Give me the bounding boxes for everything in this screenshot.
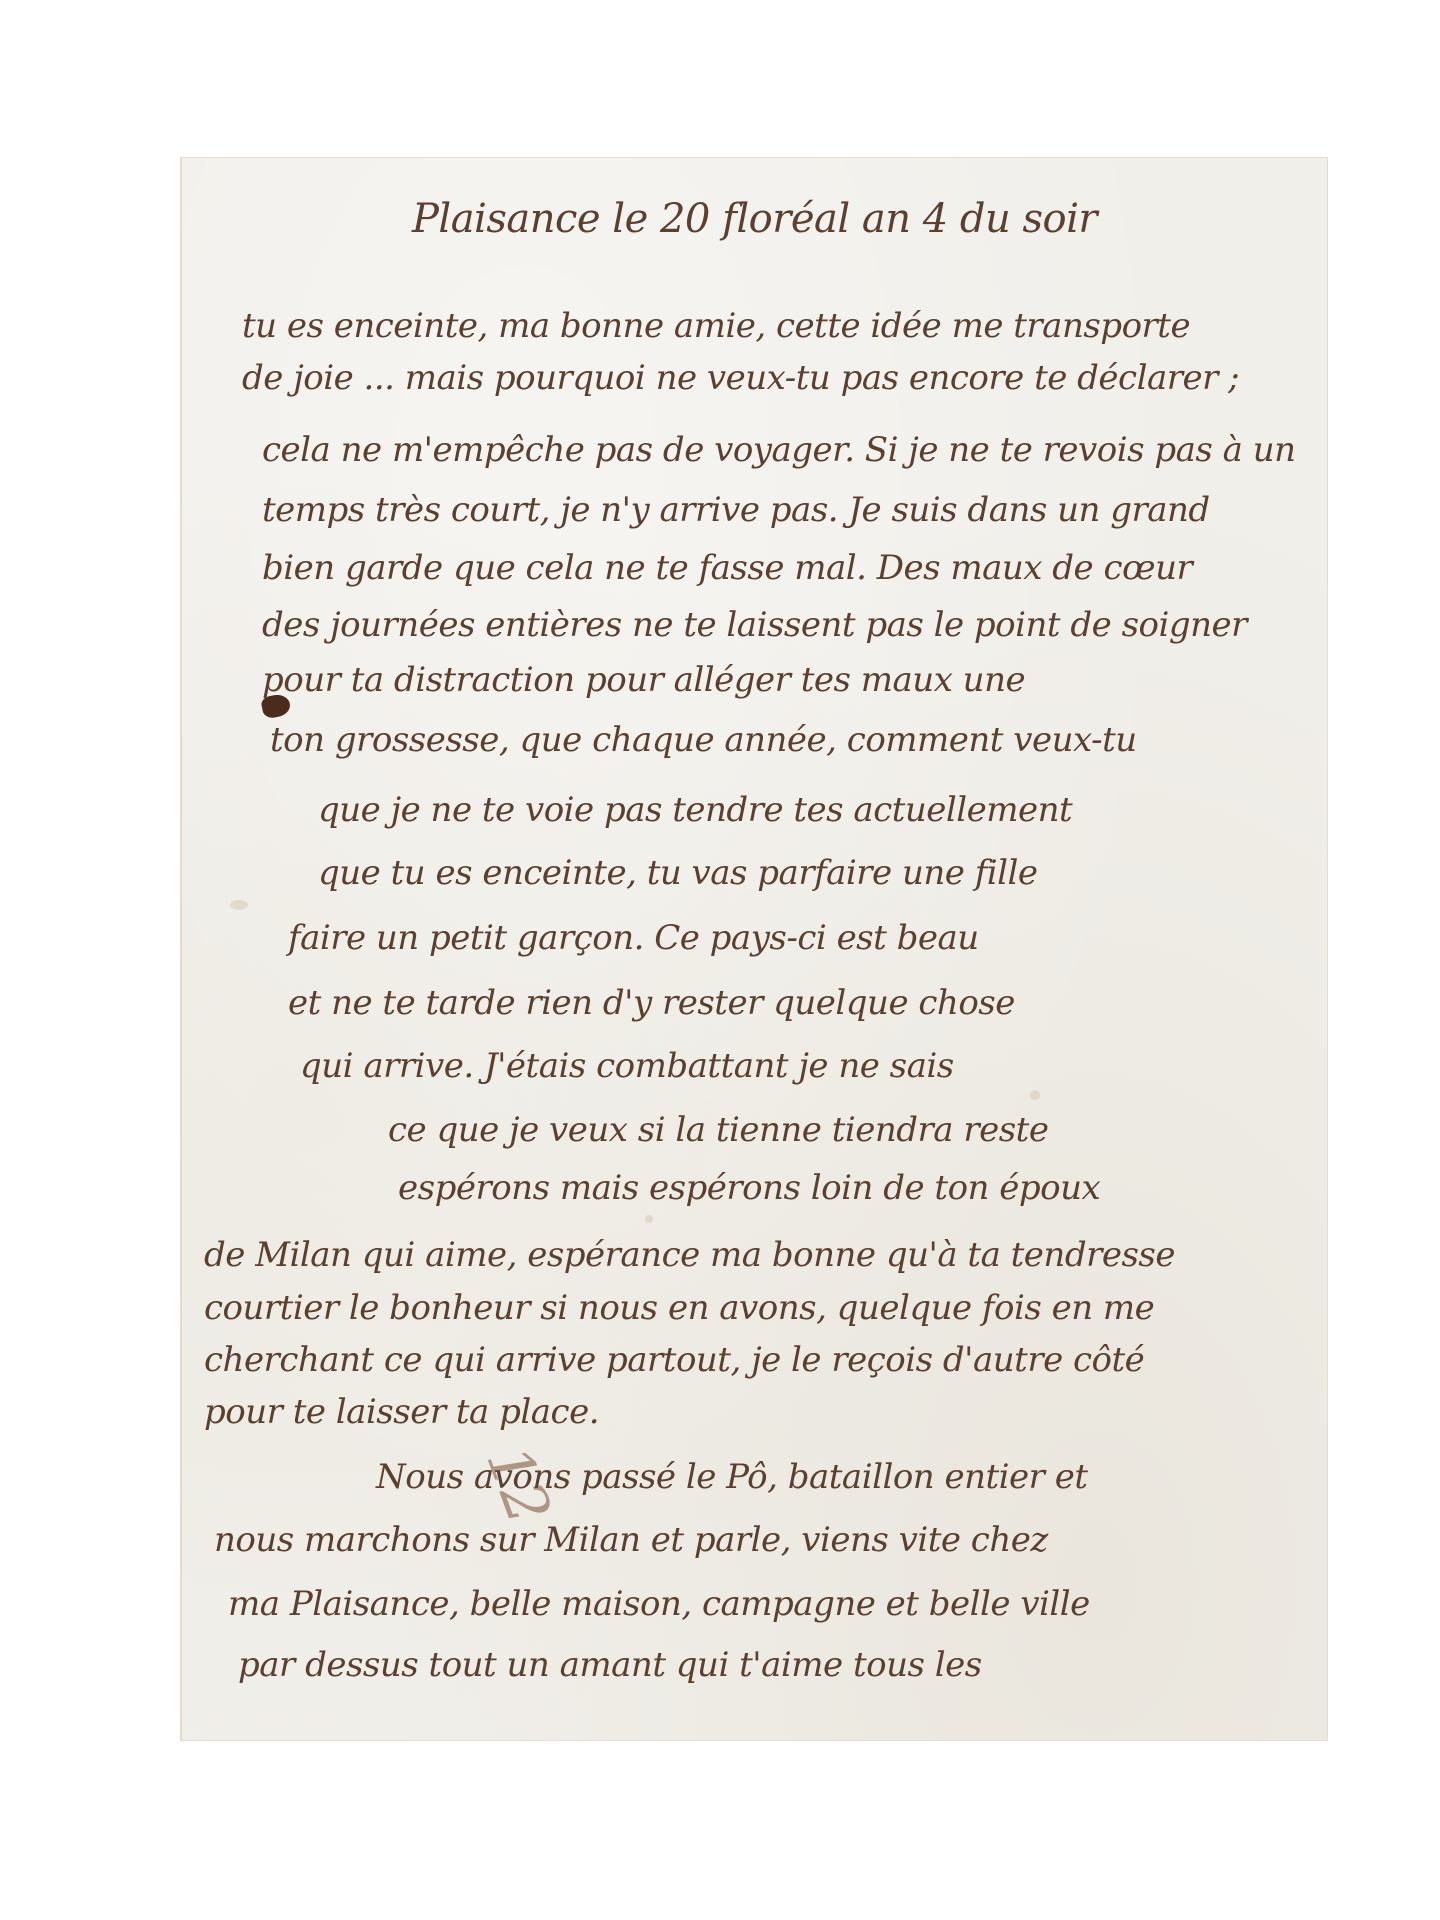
image-stage: 12 Plaisance le 20 floréal an 4 du soir … [0,0,1440,1920]
letter-line: que tu es enceinte, tu vas parfaire une … [318,853,1038,893]
letter-dateline: Plaisance le 20 floréal an 4 du soir [412,196,1097,242]
paper-stain [645,1215,653,1223]
letter-line: ce que je veux si la tienne tiendra rest… [388,1110,1048,1150]
letter-line: temps très court, je n'y arrive pas. Je … [262,490,1210,530]
letter-line: Nous avons passé le Pô, bataillon entier… [376,1457,1088,1497]
letter-line: cherchant ce qui arrive partout, je le r… [204,1340,1144,1380]
letter-line: cela ne m'empêche pas de voyager. Si je … [262,430,1296,470]
letter-line: pour te laisser ta place. [204,1392,599,1432]
letter-line: qui arrive. J'étais combattant je ne sai… [300,1046,954,1086]
paper-stain [1030,1090,1040,1100]
letter-line: espérons mais espérons loin de ton époux [398,1168,1100,1208]
letter-line: de Milan qui aime, espérance ma bonne qu… [204,1235,1175,1275]
letter-line: ma Plaisance, belle maison, campagne et … [228,1584,1090,1624]
letter-line: tu es enceinte, ma bonne amie, cette idé… [242,306,1190,346]
letter-line: par dessus tout un amant qui t'aime tous… [238,1645,982,1685]
letter-line: des journées entières ne te laissent pas… [262,605,1247,645]
letter-line: nous marchons sur Milan et parle, viens … [214,1520,1048,1560]
letter-line: de joie ... mais pourquoi ne veux-tu pas… [242,358,1239,398]
letter-line: bien garde que cela ne te fasse mal. Des… [262,548,1192,588]
letter-line: ton grossesse, que chaque année, comment… [270,720,1137,760]
letter-line: pour ta distraction pour alléger tes mau… [262,660,1025,700]
letter-line: courtier le bonheur si nous en avons, qu… [204,1288,1154,1328]
letter-line: et ne te tarde rien d'y rester quelque c… [288,983,1015,1023]
paper-stain [230,900,248,910]
letter-line: que je ne te voie pas tendre tes actuell… [318,790,1072,830]
letter-line: faire un petit garçon. Ce pays-ci est be… [288,918,979,958]
